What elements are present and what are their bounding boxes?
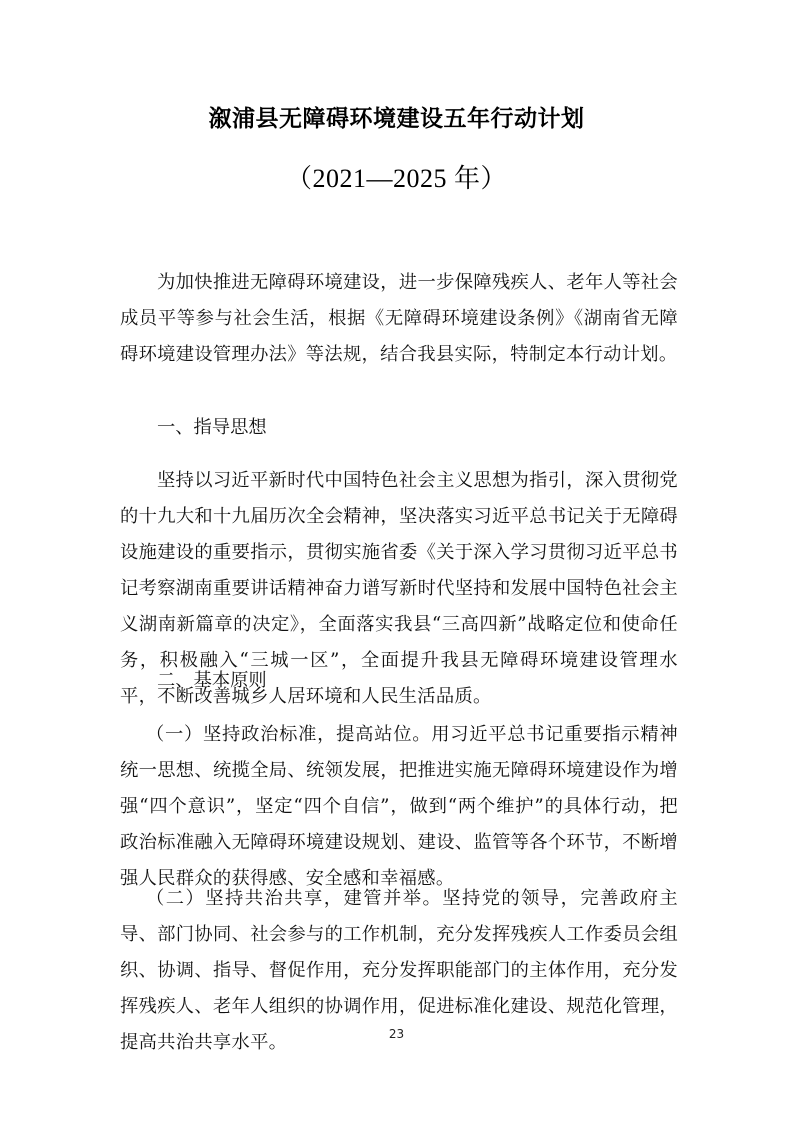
principle-1-paragraph: （一）坚持政治标准，提高站位。用习近平总书记重要指示精神统一思想、统揽全局、统领…	[120, 717, 678, 897]
document-subtitle: （2021—2025 年）	[0, 158, 793, 195]
document-page: 溆浦县无障碍环境建设五年行动计划 （2021—2025 年） 为加快推进无障碍环…	[0, 0, 793, 1122]
page-number: 23	[0, 1027, 793, 1041]
section-heading-basic-principles: 二、基本原则	[157, 663, 267, 699]
document-title: 溆浦县无障碍环境建设五年行动计划	[0, 100, 793, 133]
intro-paragraph: 为加快推进无障碍环境建设，进一步保障残疾人、老年人等社会成员平等参与社会生活，根…	[120, 265, 678, 373]
section-heading-guiding-ideology: 一、指导思想	[157, 410, 267, 446]
